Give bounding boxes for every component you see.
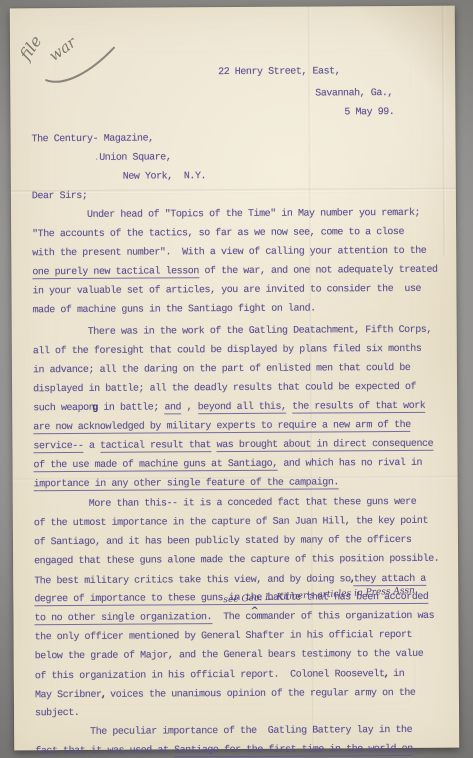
typed-text: such weapon [33,403,94,414]
letter-body: Under head of "Topics of the Time" in Ma… [32,204,445,758]
insertion-caret-mark: ^ [250,606,258,617]
underlined-text: service-- [33,441,83,453]
typed-text: with the present number". With a view of… [32,246,426,259]
typed-line: of the utmost importance in the capture … [34,512,444,534]
typed-line: fact that it was used at Santiago for th… [35,740,445,758]
recipient-street: .Union Square, [94,147,442,168]
typed-line: There was in the work of the Gatling Dea… [33,321,443,343]
underlined-text: are now acknowledged by military experts… [33,420,411,434]
underlined-text: one purely new tactical lesson [32,266,199,279]
typed-text: There was in the work of the Gatling Dea… [88,325,432,338]
typed-line: one purely new tactical lesson of the wa… [32,261,442,283]
typed-text: engaged that these guns alone made the c… [34,554,439,567]
letter-date: 5 May 99. [344,103,441,123]
typed-text: in battle; [98,402,165,413]
paragraph: Under head of "Topics of the Time" in Ma… [32,204,443,321]
typed-text: of Santiago, and it has been publicly st… [34,535,412,548]
typed-text: of the war, and one not adequately treat… [199,265,438,277]
sender-address-line2: Savannah, Ga., [315,84,441,104]
underlined-text: they attach a [354,574,426,586]
typed-text: The best military critics take this view… [34,574,350,587]
typed-text: May Scribner [35,690,102,701]
typed-text: a [83,441,100,452]
salutation: Dear Sirs; [32,185,442,207]
typed-line: The peculiar importance of the Gatling B… [35,721,445,743]
paragraph: More than this-- it is a conceded fact t… [34,493,445,724]
typed-text: in your valuable set of articles, you ar… [32,284,421,297]
typed-text: The peculiar importance of the Gatling B… [90,725,412,738]
underlined-text: Santiago for the first time in the world… [174,744,413,757]
typed-line: to no other single organization. The com… [34,607,444,629]
typed-line: importance in any other single feature o… [34,473,444,495]
typed-line: below the grade of Major, and the Genera… [35,645,445,667]
typed-line: with the present number". With a view of… [32,242,442,264]
recipient-city: New York, N.Y. [123,166,442,187]
typed-text: voices the unanimous opinion of the regu… [105,688,416,701]
typed-line: service-- a tactical result that was bro… [33,435,443,457]
typed-letter-content: 22 Henry Street, East, Savannah, Ga., 5 … [10,6,460,751]
recipient-name: The Century- Magazine, [31,128,441,150]
typed-text: the only officer mentioned by General Sh… [35,630,413,643]
typed-line: May Scribner, voices the unanimous opini… [35,683,445,705]
typed-text: of this organization in his official rep… [35,669,385,682]
underlined-text: of the use made of machine guns at Santi… [33,459,277,472]
typed-text: made of machine guns in the Santiago fig… [33,304,316,317]
typed-line: of Santiago, and it has been publicly st… [34,531,444,553]
photo-background: file war 22 Henry Street, East, Savannah… [0,0,473,758]
typed-line: engaged that these guns alone made the c… [34,550,444,572]
underlined-text: beyond all this, [198,402,287,415]
underlined-text: was brought about in direct consequence [217,439,434,452]
letter-page: file war 22 Henry Street, East, Savannah… [10,6,460,751]
typed-line: such weapong in battle; and , beyond all… [33,397,443,419]
typed-text: all of the foresight that could be displ… [33,344,422,357]
typed-line: made of machine guns in the Santiago fig… [33,299,443,321]
typed-text: in advance; all the daring on the part o… [33,363,411,376]
typed-text: , [181,402,198,413]
underlined-text: and [164,402,181,414]
stray-type-mark: . [94,153,100,164]
underlined-text: importance in any other single feature o… [34,477,339,491]
recipient-street-text: Union Square, [99,152,171,163]
typed-text: below the grade of Major, and the Genera… [35,649,424,662]
typed-text: "The accounts of the tactics, so far as … [32,227,404,240]
typed-line: subject. [35,702,445,724]
typed-line: displayed in battle; all the deadly resu… [33,378,443,400]
paragraph: There was in the work of the Gatling Dea… [33,321,444,495]
typed-line: of the use made of machine guns at Santi… [33,454,443,476]
typed-line: in advance; all the daring on the part o… [33,359,443,381]
typed-text: More than this-- it is a conceded fact t… [89,497,417,510]
typed-line: "The accounts of the tactics, so far as … [32,223,442,245]
typed-text: of the utmost importance in the capture … [34,516,428,529]
typed-text: The commander of this organization was [212,611,434,623]
typed-text: displayed in battle; all the deadly resu… [33,382,416,395]
typed-line: More than this-- it is a conceded fact t… [34,493,444,515]
underlined-text: to no other single organization. [34,612,212,625]
typed-line: are now acknowledged by military experts… [33,416,443,438]
typed-text: Under head of "Topics of the Time" in Ma… [87,208,420,221]
paragraph: The peculiar importance of the Gatling B… [35,721,445,758]
typed-text: and which has no rival in [278,458,422,470]
sender-address-line1: 22 Henry Street, East, [218,62,441,82]
typed-line: of this organization in his official rep… [35,664,445,686]
underlined-text: tactical result that [100,440,211,453]
typed-line: the only officer mentioned by General Sh… [35,626,445,648]
underlined-text: the results of that work [292,401,425,414]
typed-line: in your valuable set of articles, you ar… [32,280,442,302]
typed-line: Under head of "Topics of the Time" in Ma… [32,204,442,226]
typed-line: all of the foresight that could be displ… [33,340,443,362]
typed-text: in [388,669,405,680]
typed-text: subject. [35,708,79,719]
typed-text: fact that it was used at [35,745,174,757]
